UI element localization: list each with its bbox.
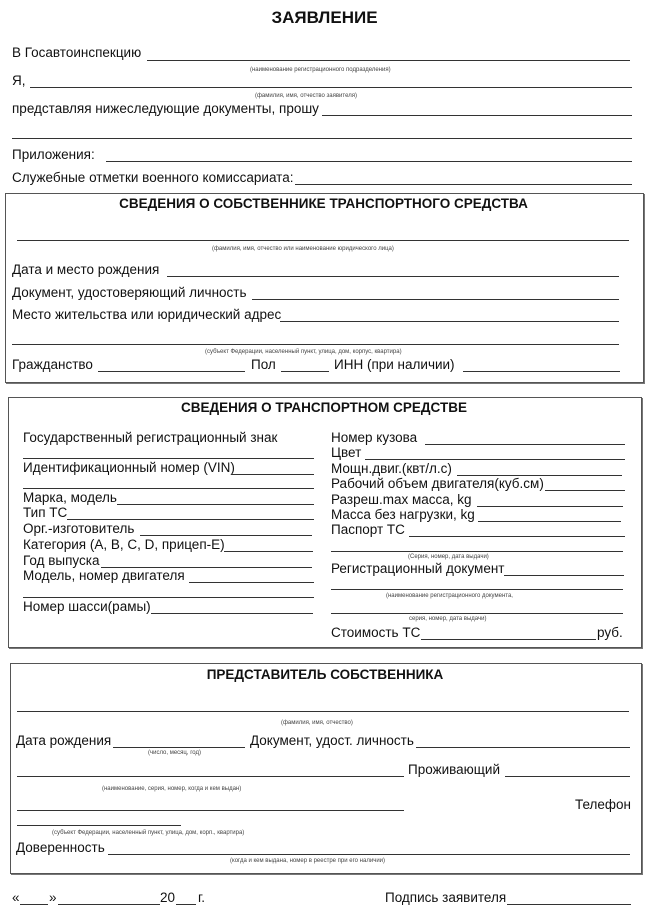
max-mass-label: Разреш.max масса, kg bbox=[331, 492, 472, 508]
rep-birth-label: Дата рождения bbox=[16, 733, 111, 749]
owner-heading: СВЕДЕНИЯ О СОБСТВЕННИКЕ ТРАНСПОРТНОГО СР… bbox=[5, 196, 642, 211]
vin-field-2[interactable] bbox=[23, 488, 314, 489]
residing-label: Проживающий bbox=[408, 762, 500, 778]
plate-field[interactable] bbox=[23, 458, 314, 459]
power-label: Мощн.двиг.(квт/л.с) bbox=[331, 461, 452, 477]
rep-name-field[interactable] bbox=[17, 711, 629, 712]
reg-doc-caption-2: серия, номер, дата выдачи) bbox=[409, 615, 486, 623]
max-mass-field[interactable] bbox=[477, 506, 623, 507]
passport-field[interactable] bbox=[409, 536, 625, 537]
owner-name-field[interactable] bbox=[17, 240, 629, 241]
owner-birth-field[interactable] bbox=[167, 276, 619, 277]
rep-address-caption: (субъект Федерации, населенный пункт, ул… bbox=[52, 829, 244, 837]
reg-doc-caption-1: (наименование регистрационного документа… bbox=[386, 592, 513, 600]
displacement-field[interactable] bbox=[545, 490, 625, 491]
color-label: Цвет bbox=[331, 445, 361, 461]
curb-mass-field[interactable] bbox=[478, 521, 621, 522]
owner-birth-label: Дата и место рождения bbox=[12, 262, 159, 278]
date-day-field[interactable] bbox=[20, 904, 48, 905]
category-label: Категория (A, B, C, D, прицеп-E) bbox=[23, 537, 225, 553]
document-title: ЗАЯВЛЕНИЕ bbox=[0, 8, 649, 28]
color-field[interactable] bbox=[365, 459, 625, 460]
rep-address-field[interactable] bbox=[17, 810, 404, 811]
owner-id-doc-field[interactable] bbox=[252, 299, 619, 300]
rep-id-doc-field[interactable] bbox=[416, 747, 630, 748]
engine-field[interactable] bbox=[189, 582, 314, 583]
year-label: Год выпуска bbox=[23, 553, 100, 569]
owner-id-doc-label: Документ, удостоверяющий личность bbox=[12, 285, 247, 301]
poa-label: Доверенность bbox=[16, 840, 105, 856]
inn-field[interactable] bbox=[463, 371, 620, 372]
reg-doc-field[interactable] bbox=[504, 575, 624, 576]
type-label: Тип ТС bbox=[23, 505, 67, 521]
rep-birth-field[interactable] bbox=[113, 747, 245, 748]
manufacturer-label: Орг.-изготовитель bbox=[23, 521, 134, 537]
passport-caption: (Серия, номер, дата выдачи) bbox=[408, 553, 489, 561]
make-field[interactable] bbox=[117, 504, 314, 505]
reg-doc-label: Регистрационный документ bbox=[331, 561, 505, 577]
reg-doc-field-2[interactable] bbox=[331, 589, 623, 590]
owner-address-label: Место жительства или юридический адрес bbox=[12, 307, 281, 323]
to-label: В Госавтоинспекцию bbox=[12, 45, 141, 61]
displacement-label: Рабочий объем двигателя(куб.см) bbox=[331, 476, 544, 492]
category-field[interactable] bbox=[224, 551, 313, 552]
owner-address-field[interactable] bbox=[280, 321, 619, 322]
cost-field[interactable] bbox=[421, 639, 596, 640]
poa-caption: (когда и кем выдана, номер в реестре при… bbox=[230, 857, 385, 865]
sex-field[interactable] bbox=[281, 371, 329, 372]
poa-field[interactable] bbox=[108, 854, 630, 855]
inn-label: ИНН (при наличии) bbox=[334, 357, 455, 373]
to-caption: (наименование регистрационного подраздел… bbox=[250, 66, 391, 74]
military-field[interactable] bbox=[295, 184, 632, 185]
vin-field[interactable] bbox=[232, 474, 314, 475]
vin-label: Идентификационный номер (VIN) bbox=[23, 460, 235, 476]
sex-label: Пол bbox=[251, 357, 276, 373]
reg-doc-field-3[interactable] bbox=[331, 613, 623, 614]
date-year-prefix: 20 bbox=[160, 890, 175, 906]
request-field[interactable] bbox=[322, 115, 632, 116]
type-field[interactable] bbox=[67, 519, 314, 520]
phone-label: Телефон bbox=[575, 797, 631, 813]
curb-mass-label: Масса без нагрузки, kg bbox=[331, 507, 475, 523]
to-field[interactable] bbox=[147, 60, 630, 61]
attachments-label: Приложения: bbox=[12, 147, 95, 163]
representative-heading: ПРЕДСТАВИТЕЛЬ СОБСТВЕННИКА bbox=[10, 667, 640, 682]
rep-id-doc-caption: (наименование, серия, номер, когда и кем… bbox=[102, 785, 241, 793]
citizenship-label: Гражданство bbox=[12, 357, 93, 373]
plate-label: Государственный регистрационный знак bbox=[23, 430, 277, 446]
owner-name-caption: (фамилия, имя, отчество или наименование… bbox=[212, 245, 394, 253]
engine-field-2[interactable] bbox=[23, 597, 314, 598]
cost-unit: руб. bbox=[597, 625, 623, 641]
passport-field-2[interactable] bbox=[331, 551, 623, 552]
date-year-suffix: г. bbox=[198, 890, 205, 906]
rep-id-doc-label: Документ, удост. личность bbox=[250, 733, 414, 749]
body-label: Номер кузова bbox=[331, 430, 417, 446]
manufacturer-field[interactable] bbox=[140, 535, 312, 536]
owner-address-field-2[interactable] bbox=[12, 344, 619, 345]
date-quote-open: « bbox=[12, 890, 20, 906]
vehicle-heading: СВЕДЕНИЯ О ТРАНСПОРТНОМ СРЕДСТВЕ bbox=[8, 400, 640, 415]
request-label: представляя нижеследующие документы, про… bbox=[12, 101, 319, 117]
applicant-name-caption: (фамилия, имя, отчество заявителя) bbox=[255, 92, 357, 100]
rep-id-doc-field-2[interactable] bbox=[17, 776, 404, 777]
representative-section bbox=[10, 663, 642, 874]
date-quote-close: » bbox=[49, 890, 57, 906]
date-year-field[interactable] bbox=[176, 904, 196, 905]
rep-birth-caption: (число, месяц, год) bbox=[148, 749, 201, 757]
body-field[interactable] bbox=[425, 444, 625, 445]
passport-label: Паспорт ТС bbox=[331, 522, 405, 538]
chassis-label: Номер шасси(рамы) bbox=[23, 599, 151, 615]
military-label: Служебные отметки военного комиссариата: bbox=[12, 170, 293, 186]
rep-address-field-2[interactable] bbox=[17, 825, 181, 826]
citizenship-field[interactable] bbox=[98, 371, 245, 372]
date-month-field[interactable] bbox=[58, 904, 160, 905]
signature-label: Подпись заявителя bbox=[385, 890, 506, 906]
chassis-field[interactable] bbox=[151, 613, 313, 614]
make-label: Марка, модель bbox=[23, 490, 117, 506]
residing-field[interactable] bbox=[505, 776, 630, 777]
attachments-field[interactable] bbox=[106, 161, 632, 162]
request-field-2[interactable] bbox=[12, 138, 632, 139]
i-label: Я, bbox=[12, 73, 26, 89]
cost-label: Стоимость ТС bbox=[331, 625, 420, 641]
applicant-name-field[interactable] bbox=[30, 87, 632, 88]
signature-field[interactable] bbox=[507, 904, 631, 905]
rep-name-caption: (фамилия, имя, отчество) bbox=[281, 719, 353, 727]
engine-label: Модель, номер двигателя bbox=[23, 568, 185, 584]
owner-address-caption: (субъект Федерации, населенный пункт, ул… bbox=[205, 348, 402, 356]
